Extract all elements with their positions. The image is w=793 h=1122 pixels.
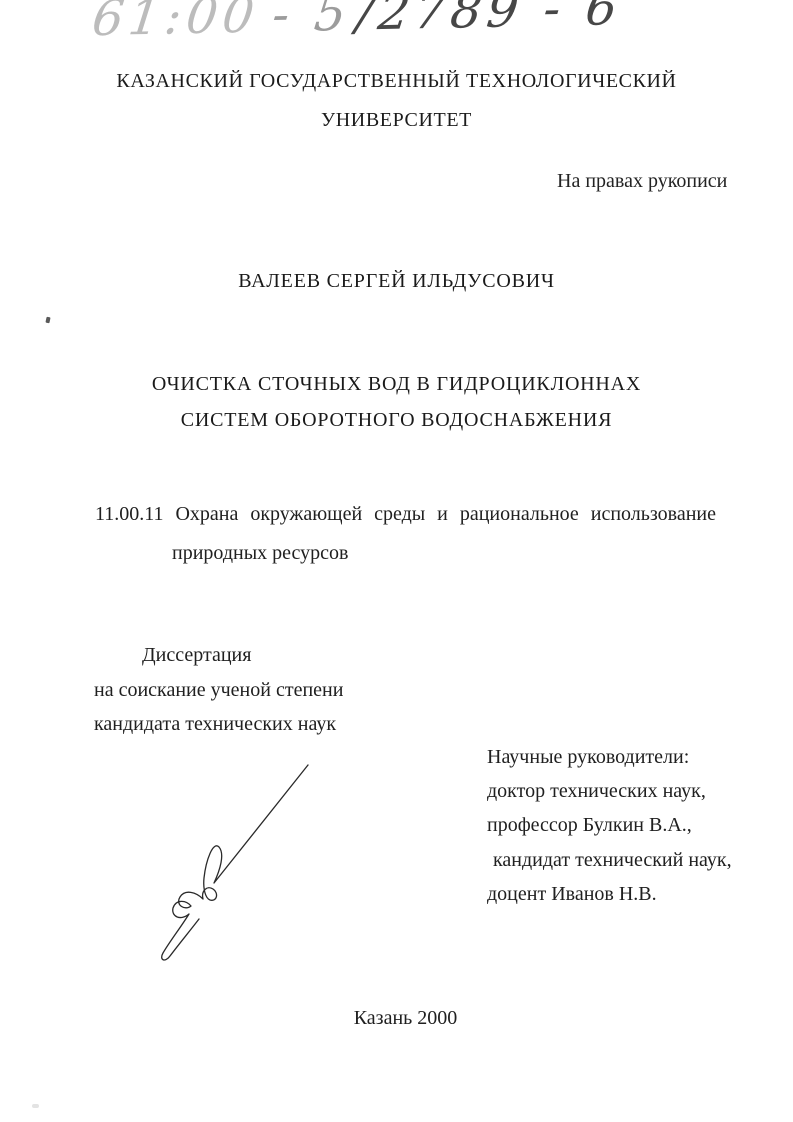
specialty-name-part2: природных ресурсов bbox=[172, 542, 716, 565]
university-name-line1: КАЗАНСКИЙ ГОСУДАРСТВЕННЫЙ ТЕХНОЛОГИЧЕСКИ… bbox=[0, 62, 793, 101]
signature-stroke bbox=[162, 765, 308, 960]
specialty-name-part1: Охрана окружающей среды и рациональное и… bbox=[175, 503, 716, 525]
handwritten-archive-number: 61:00- 5/2789 - 6 bbox=[89, 0, 696, 47]
archive-number-part3: /2789 - 6 bbox=[348, 0, 626, 42]
archive-number-part2: - 5 bbox=[255, 0, 354, 44]
dissertation-title-line1: ОЧИСТКА СТОЧНЫХ ВОД В ГИДРОЦИКЛОННАХ bbox=[0, 366, 793, 402]
handwritten-signature bbox=[140, 742, 400, 982]
degree-line3: кандидата технических наук bbox=[94, 707, 343, 742]
dissertation-title-page: 61:00- 5/2789 - 6 КАЗАНСКИЙ ГОСУДАРСТВЕН… bbox=[0, 0, 793, 1122]
supervisor-line: кандидат технический наук, bbox=[493, 843, 732, 877]
dissertation-title-line2: СИСТЕМ ОБОРОТНОГО ВОДОСНАБЖЕНИЯ bbox=[0, 402, 793, 438]
supervisor-line: профессор Булкин В.А., bbox=[487, 808, 732, 842]
specialty-code: 11.00.11 bbox=[95, 503, 164, 525]
specialty-block: 11.00.11 Охрана окружающей среды и рацио… bbox=[95, 503, 716, 565]
degree-line1: Диссертация bbox=[142, 638, 343, 673]
city-year: Казань 2000 bbox=[0, 1007, 793, 1030]
supervisor-line: доктор технических наук, bbox=[487, 774, 732, 808]
supervisor-line: доцент Иванов Н.В. bbox=[487, 877, 732, 911]
degree-line2: на соискание ученой степени bbox=[94, 673, 343, 708]
specialty-line1: 11.00.11 Охрана окружающей среды и рацио… bbox=[95, 503, 716, 526]
manuscript-rights-note: На правах рукописи bbox=[557, 170, 727, 193]
university-header: КАЗАНСКИЙ ГОСУДАРСТВЕННЫЙ ТЕХНОЛОГИЧЕСКИ… bbox=[0, 62, 793, 140]
degree-statement: Диссертация на соискание ученой степени … bbox=[94, 638, 343, 742]
supervisors-block: Научные руководители: доктор технических… bbox=[487, 740, 732, 911]
dissertation-title: ОЧИСТКА СТОЧНЫХ ВОД В ГИДРОЦИКЛОННАХ СИС… bbox=[0, 366, 793, 438]
archive-number-part1: 61:00 bbox=[89, 0, 262, 47]
scan-speck bbox=[32, 1104, 39, 1108]
university-name-line2: УНИВЕРСИТЕТ bbox=[0, 101, 793, 140]
scan-speck bbox=[45, 317, 50, 324]
author-name: ВАЛЕЕВ СЕРГЕЙ ИЛЬДУСОВИЧ bbox=[0, 270, 793, 293]
supervisors-heading: Научные руководители: bbox=[487, 740, 732, 774]
